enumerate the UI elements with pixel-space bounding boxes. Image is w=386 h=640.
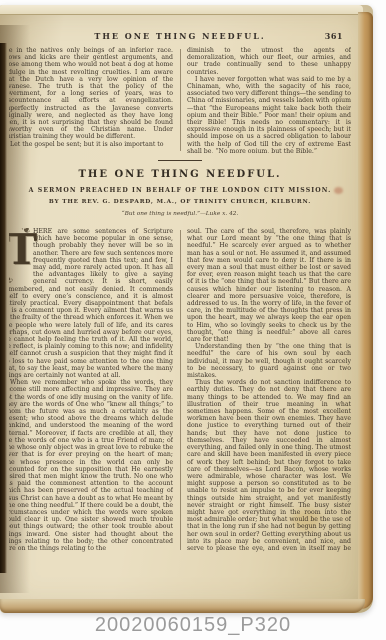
paragraph: see in the natives only beings of an inf… — [9, 47, 173, 141]
left-column: see in the natives only beings of an inf… — [9, 47, 173, 153]
paragraph: Thus the words do not sanction indiffere… — [187, 379, 351, 552]
vine-ornament-icon: ❦ — [9, 274, 13, 285]
gutter-dark-edge — [0, 43, 7, 573]
column-rule — [180, 230, 181, 550]
paragraph: soul. The care of the soul, therefore, w… — [187, 228, 351, 343]
paragraph: Let the gospel be sent; but it is also i… — [9, 141, 173, 148]
sermon-body-columns: ❦ T ❦ HERE are some sentences of Scriptu… — [9, 228, 351, 552]
page-number: 361 — [325, 31, 343, 41]
article-byline: BY THE REV. G. DESPARD, M.A., OF TRINITY… — [9, 199, 351, 206]
running-head-title: THE ONE THING NEEDFUL. — [94, 31, 265, 41]
paragraph: I have never forgotten what was said to … — [187, 76, 351, 153]
book-bottom-edge — [0, 599, 365, 613]
right-column: diminish to the utmost the agents of dem… — [187, 47, 351, 153]
continued-article-columns: see in the natives only beings of an inf… — [9, 47, 351, 153]
ornamental-initial: ❦ T ❦ — [9, 229, 29, 281]
running-head: THE ONE THING NEEDFUL. 361 — [9, 31, 351, 43]
column-rule — [180, 49, 181, 151]
paragraph: When we remember who spoke the words, th… — [9, 379, 173, 552]
printed-content: THE ONE THING NEEDFUL. 361 see in the na… — [9, 31, 351, 552]
initial-letter: T — [9, 228, 37, 273]
paragraph: diminish to the utmost the agents of dem… — [187, 47, 351, 76]
archive-label: 20020060159_P320 — [0, 614, 386, 637]
book-page: THE ONE THING NEEDFUL. 361 see in the na… — [0, 5, 373, 613]
article-title: THE ONE THING NEEDFUL. — [9, 169, 351, 181]
right-column: soul. The care of the soul, therefore, w… — [187, 228, 351, 552]
book-fore-edge — [358, 12, 373, 609]
left-column: ❦ T ❦ HERE are some sentences of Scriptu… — [9, 228, 173, 552]
paragraph: Understanding then by “the one thing tha… — [187, 343, 351, 379]
page-top-edge — [0, 5, 363, 15]
article-subtitle: A SERMON PREACHED IN BEHALF OF THE LONDO… — [9, 187, 351, 194]
page-photo: THE ONE THING NEEDFUL. 361 see in the na… — [0, 0, 386, 640]
opening-paragraph: ❦ T ❦ HERE are some sentences of Scriptu… — [9, 228, 173, 379]
article-epigraph: “But one thing is needful.”—Luke x. 42. — [9, 211, 351, 218]
section-divider-rule — [158, 160, 202, 161]
